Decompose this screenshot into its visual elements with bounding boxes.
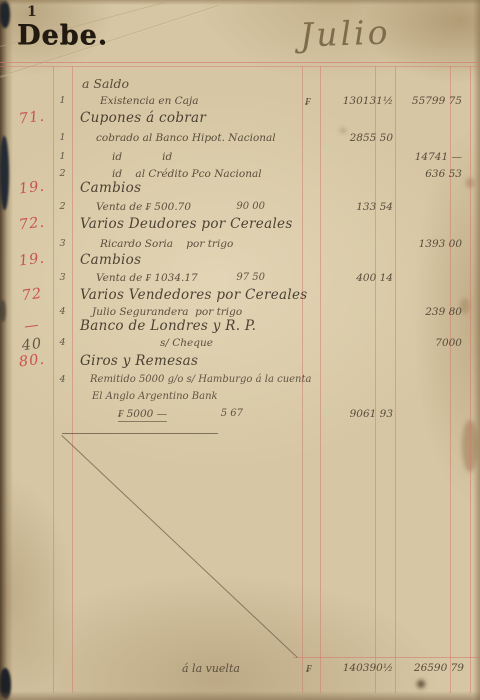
entry-description: El Anglo Argentino Bank: [92, 391, 218, 402]
amount-column-2: 7000: [390, 337, 462, 349]
entry-description: Varios Deudores por Cereales: [80, 216, 293, 232]
ledger-row: 1id id14741 —: [0, 151, 480, 169]
ledger-row: 72Varios Vendedores por Cereales: [0, 287, 480, 305]
entry-description: id id: [112, 151, 172, 163]
ledger-row: ₣ 5000 —5 679061 93: [0, 408, 480, 426]
day-number: 1: [54, 132, 71, 143]
ledger-row: 19.Cambios: [0, 180, 480, 198]
ledger-row: 19.Cambios: [0, 252, 480, 270]
amount-column-1: 9061 93: [321, 408, 393, 420]
entry-description: Cambios: [80, 180, 141, 196]
ledger-row: 72.Varios Deudores por Cereales: [0, 216, 480, 234]
amount-column-2: 636 53: [390, 168, 462, 180]
day-number: 2: [54, 201, 71, 212]
day-number: 2: [54, 168, 71, 179]
folio-number: 72: [11, 285, 53, 306]
day-number: 1: [54, 95, 71, 106]
day-number: 4: [54, 374, 71, 385]
ledger-page: 1 Debe. Julio a Saldo1Existencia en Caja…: [0, 0, 480, 700]
day-number: 3: [54, 272, 71, 283]
entry-description: Julio Segurandera por trigo: [92, 306, 242, 318]
month-heading: Julio: [299, 12, 391, 54]
entry-description: Venta de ₣ 500.70: [96, 201, 191, 213]
carry-over-label: á la vuelta: [182, 662, 240, 675]
ledger-row: 71.Cupones á cobrar: [0, 110, 480, 128]
ledger-row: 80.Giros y Remesas: [0, 353, 480, 371]
amount-column-2: 239 80: [390, 306, 462, 318]
closing-diagonal-line: [61, 435, 297, 658]
entry-description: a Saldo: [82, 76, 129, 91]
amount-column-2: 14741 —: [390, 151, 462, 163]
entry-description: Banco de Londres y R. P.: [80, 318, 256, 334]
page-edge: [0, 0, 480, 5]
page-number: 1: [27, 4, 37, 20]
day-number: 4: [54, 306, 71, 317]
entry-description: Giros y Remesas: [80, 353, 198, 369]
ledger-row: El Anglo Argentino Bank: [0, 391, 480, 409]
header-rule: [0, 62, 480, 63]
entry-description: cobrado al Banco Hipot. Nacional: [96, 132, 276, 144]
footer-rule: [293, 657, 480, 658]
carry-over-amount-1: 140390½: [321, 662, 393, 674]
folio-number: 71.: [11, 108, 53, 129]
folio-number: 19.: [11, 178, 53, 199]
amount-column-2: 55799 75: [390, 95, 462, 107]
folio-number: 80.: [11, 351, 53, 372]
entry-description: Varios Vendedores por Cereales: [80, 287, 308, 303]
carry-over-amount-2: 26590 79: [392, 662, 464, 674]
ledger-row: 4Remitido 5000 g/o s/ Hamburgo á la cuen…: [0, 374, 480, 392]
ledger-row: 1cobrado al Banco Hipot. Nacional2855 50: [0, 132, 480, 150]
day-number: 4: [54, 337, 71, 348]
folio-number: 72.: [11, 214, 53, 235]
entry-description: Cupones á cobrar: [80, 110, 206, 126]
folio-number: 19.: [11, 250, 53, 271]
debit-heading: Debe.: [17, 20, 108, 51]
folio-number: —: [11, 316, 53, 337]
amount-column-2: 1393 00: [390, 238, 462, 250]
amount-column-1: 133 54: [321, 201, 393, 213]
exchange-rate: 5 67: [191, 408, 243, 419]
amount-column-1: 400 14: [321, 272, 393, 284]
entry-description: ₣ 5000 —: [118, 408, 167, 422]
amount-column-1: 130131½: [321, 95, 393, 107]
entry-description: s/ Cheque: [160, 337, 213, 349]
closing-horizontal-line: [62, 433, 218, 434]
entry-description: Remitido 5000 g/o s/ Hamburgo á la cuent…: [90, 374, 311, 385]
stain: [417, 680, 425, 688]
entry-description: Venta de ₣ 1034.17: [96, 272, 198, 284]
amount-column-1: 2855 50: [321, 132, 393, 144]
entry-description: id al Crédito Pco Nacional: [112, 168, 262, 180]
exchange-rate: 97 50: [213, 272, 265, 283]
entry-description: Cambios: [80, 252, 141, 268]
ledger-row: —Banco de Londres y R. P.: [0, 318, 480, 336]
entry-description: Existencia en Caja: [100, 95, 199, 107]
day-number: 1: [54, 151, 71, 162]
entry-description: Ricardo Soria por trigo: [100, 238, 233, 250]
currency-symbol: ₣: [306, 662, 312, 675]
day-number: 3: [54, 238, 71, 249]
exchange-rate: 90 00: [213, 201, 265, 212]
ledger-row: a Saldo: [0, 76, 480, 94]
currency-symbol: ₣: [305, 95, 321, 108]
